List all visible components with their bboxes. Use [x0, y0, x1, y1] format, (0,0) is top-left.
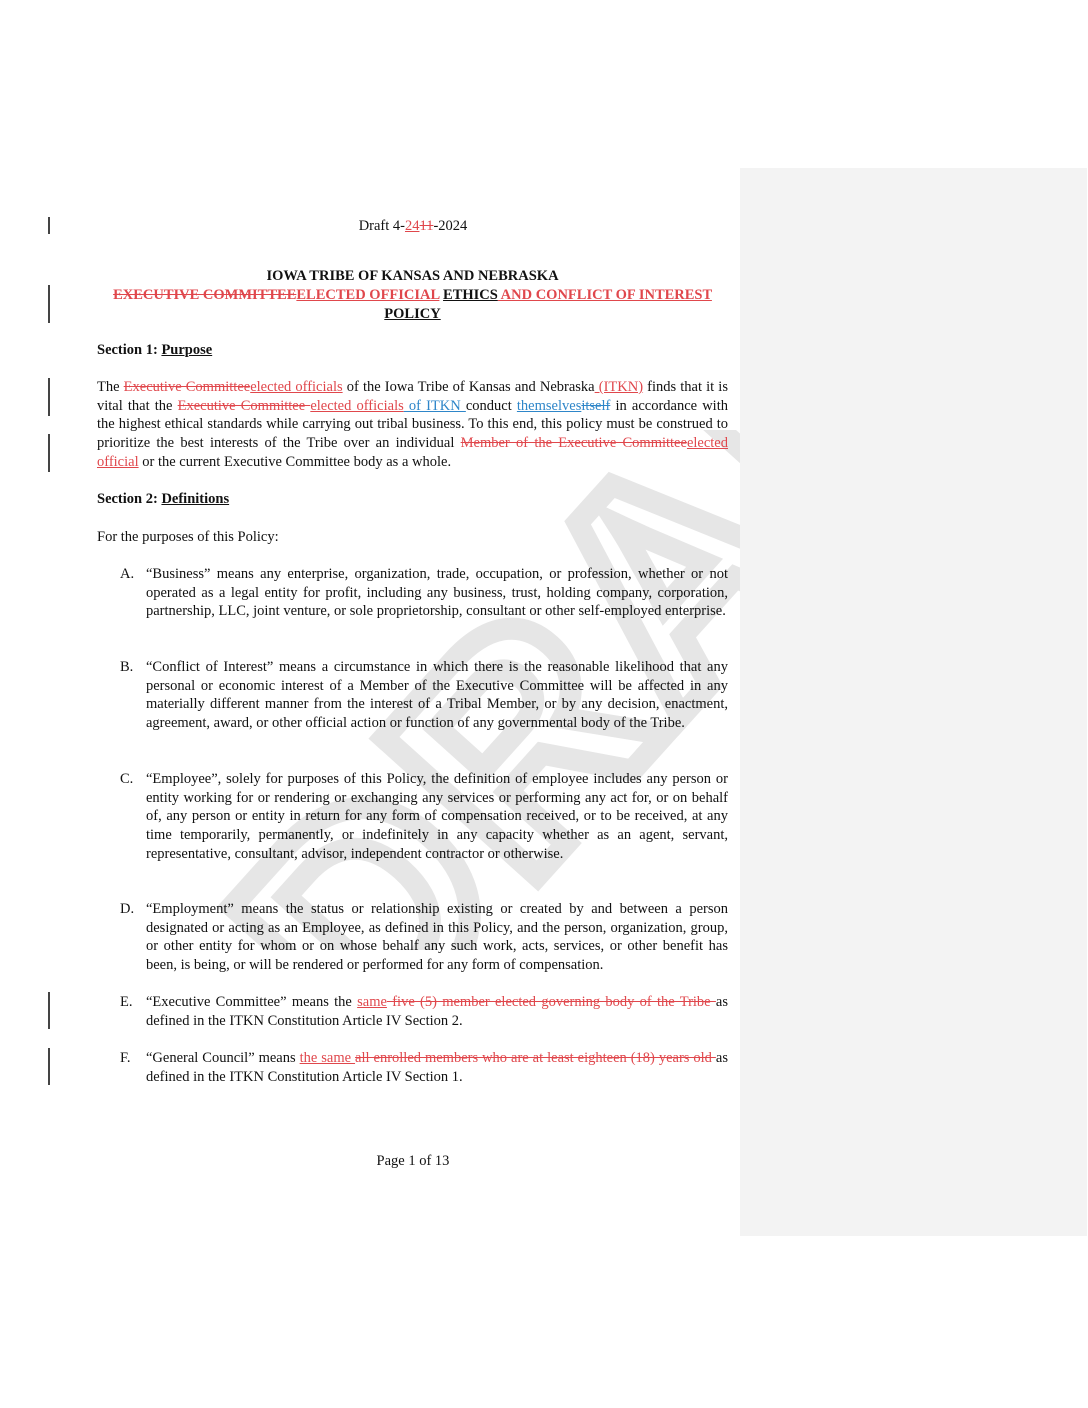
item-letter: E. — [120, 993, 132, 1012]
text: or the current Executive Committee body … — [139, 454, 451, 470]
deleted-text: five (5) member elected governing body o… — [387, 994, 716, 1010]
title-line-2: EXECUTIVE COMMITTEEELECTED OFFICIAL ETHI… — [97, 286, 728, 324]
item-letter: C. — [120, 770, 133, 789]
header-suffix: -2024 — [433, 218, 467, 234]
change-bar — [48, 285, 50, 323]
inserted-text: themselves — [517, 398, 581, 414]
change-bar — [48, 378, 50, 416]
inserted-text: elected officials — [310, 398, 403, 414]
item-text: “Executive Committee” means the same fiv… — [146, 993, 728, 1030]
section-label: Section 2: — [97, 491, 161, 507]
text: “Executive Committee” means the — [146, 994, 357, 1010]
purpose-paragraph: The Executive Committeeelected officials… — [97, 378, 728, 472]
section-title: Purpose — [161, 342, 212, 358]
definition-item: D. “Employment” means the status or rela… — [120, 900, 728, 975]
inserted-text: of ITKN — [404, 398, 466, 414]
header-prefix: Draft 4- — [359, 218, 405, 234]
inserted-text: 24 — [405, 218, 420, 234]
deleted-text: itself — [581, 398, 610, 414]
draft-header: Draft 4-2411-2024 — [0, 218, 826, 235]
definitions-intro: For the purposes of this Policy: — [97, 528, 728, 547]
inserted-text: AND CONFLICT OF INTEREST — [498, 287, 712, 303]
text: of the Iowa Tribe of Kansas and Nebraska — [343, 379, 595, 395]
document-title: IOWA TRIBE OF KANSAS AND NEBRASKA EXECUT… — [97, 267, 728, 324]
change-bar — [48, 992, 50, 1029]
definition-item: B. “Conflict of Interest” means a circum… — [120, 658, 728, 733]
deleted-text: Executive Committee — [124, 379, 251, 395]
section-2-heading: Section 2: Definitions — [97, 491, 229, 508]
deleted-text: Executive Committee — [178, 398, 311, 414]
deleted-text: Member of the Executive Committee — [461, 435, 687, 451]
page-number: Page 1 of 13 — [0, 1153, 826, 1170]
item-text: “Employee”, solely for purposes of this … — [146, 770, 728, 864]
deleted-text: EXECUTIVE COMMITTEE — [113, 287, 296, 303]
item-letter: F. — [120, 1049, 131, 1068]
item-letter: D. — [120, 900, 134, 919]
inserted-text: the same — [300, 1050, 355, 1066]
item-letter: A. — [120, 565, 134, 584]
inserted-text: same — [357, 994, 387, 1010]
item-text: “Conflict of Interest” means a circumsta… — [146, 658, 728, 733]
definition-item: C. “Employee”, solely for purposes of th… — [120, 770, 728, 864]
item-text: “Employment” means the status or relatio… — [146, 900, 728, 975]
inserted-text: (ITKN) — [595, 379, 643, 395]
item-text: “Business” means any enterprise, organiz… — [146, 565, 728, 621]
title-policy: POLICY — [384, 306, 440, 322]
comment-pane[interactable] — [740, 168, 1087, 1236]
definition-item: F. “General Council” means the same all … — [120, 1049, 728, 1086]
deleted-text: 11 — [419, 218, 433, 234]
section-title: Definitions — [161, 491, 229, 507]
text: conduct — [466, 398, 517, 414]
definition-item: E. “Executive Committee” means the same … — [120, 993, 728, 1030]
section-label: Section 1: — [97, 342, 161, 358]
deleted-text: all enrolled members who are at least ei… — [355, 1050, 716, 1066]
inserted-text: elected officials — [250, 379, 342, 395]
document-page: DRAFT Draft 4-2411-2024 IOWA TRIBE OF KA… — [0, 0, 740, 1408]
text: The — [97, 379, 124, 395]
title-ethics: ETHICS — [443, 287, 498, 303]
section-1-heading: Section 1: Purpose — [97, 342, 212, 359]
change-bar — [48, 434, 50, 472]
title-line-1: IOWA TRIBE OF KANSAS AND NEBRASKA — [97, 267, 728, 286]
inserted-text: ELECTED OFFICIAL — [296, 287, 439, 303]
text: “General Council” means — [146, 1050, 300, 1066]
change-bar — [48, 1048, 50, 1085]
item-text: “General Council” means the same all enr… — [146, 1049, 728, 1086]
definition-item: A. “Business” means any enterprise, orga… — [120, 565, 728, 621]
item-letter: B. — [120, 658, 133, 677]
